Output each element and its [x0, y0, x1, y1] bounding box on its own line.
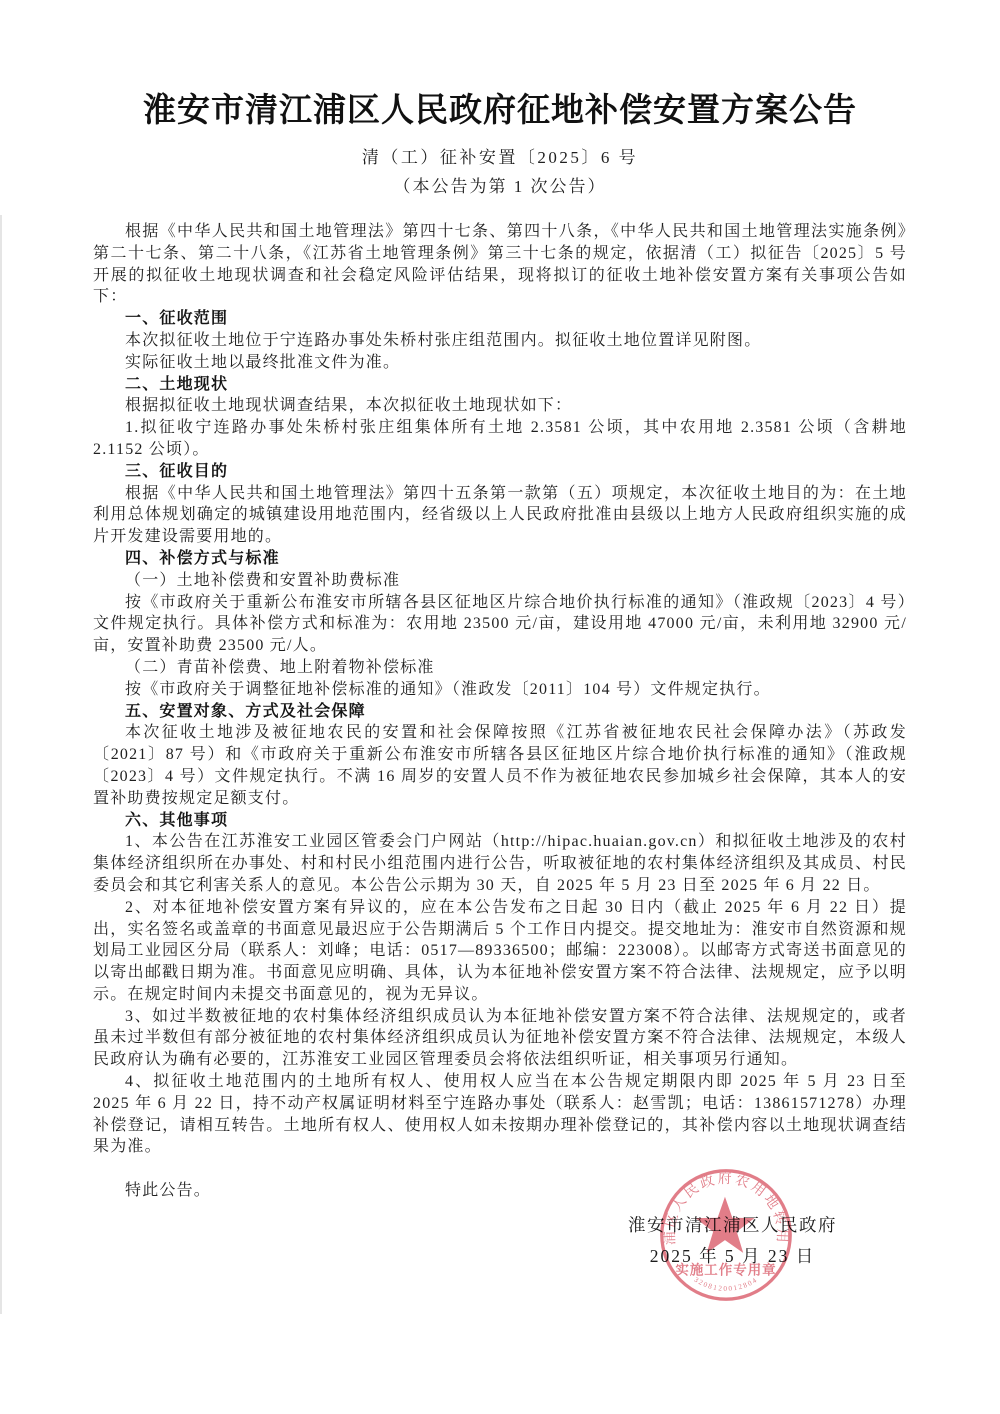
doc-number: 清（工）征补安置〔2025〕6 号 — [0, 143, 1000, 168]
body-paragraph: （一）土地补偿费和安置补助费标准 — [93, 570, 907, 592]
body-paragraph: 实际征收土地以最终批准文件为准。 — [93, 352, 907, 374]
issue-date: 2025 年 5 月 23 日 — [628, 1243, 837, 1268]
body-paragraph: （二）青苗补偿费、地上附着物补偿标准 — [93, 657, 907, 679]
announcement-count-note: （本公告为第 1 次公告） — [0, 172, 1000, 197]
body-paragraph: 根据《中华人民共和国土地管理法》第四十五条第一款第（五）项规定，本次征收土地目的… — [93, 483, 907, 548]
svg-text:3208120012804: 3208120012804 — [693, 1276, 760, 1293]
section-heading-1: 一、征收范围 — [93, 308, 907, 330]
body-paragraph: 2、对本征地补偿安置方案有异议的，应在本公告发布之日起 30 日内（截止 202… — [93, 897, 907, 1006]
body-paragraph: 按《市政府关于重新公布淮安市所辖各县区征地区片综合地价执行标准的通知》（淮政规〔… — [93, 592, 907, 657]
section-heading-5: 五、安置对象、方式及社会保障 — [93, 701, 907, 723]
stamp-serial-text: 3208120012804 — [693, 1276, 760, 1293]
body-paragraph: 1、本公告在江苏淮安工业园区管委会门户网站（http://hipac.huaia… — [93, 831, 907, 896]
document-body: 根据《中华人民共和国土地管理法》第四十七条、第四十八条，《中华人民共和国土地管理… — [93, 221, 907, 1202]
body-paragraph: 本次征收土地涉及被征地农民的安置和社会保障按照《江苏省被征地农民社会保障办法》（… — [93, 722, 907, 809]
section-heading-2: 二、土地现状 — [93, 374, 907, 396]
doc-title: 淮安市清江浦区人民政府征地补偿安置方案公告 — [0, 0, 1000, 131]
section-heading-4: 四、补偿方式与标准 — [93, 548, 907, 570]
body-paragraph: 4、拟征收土地范围内的土地所有权人、使用权人应当在本公告规定期限内即 2025 … — [93, 1071, 907, 1158]
body-paragraph: 根据拟征收土地现状调查结果，本次拟征收土地现状如下： — [93, 395, 907, 417]
announcement-document-page: 淮安市清江浦区人民政府征地补偿安置方案公告 清（工）征补安置〔2025〕6 号 … — [0, 0, 1000, 1414]
section-heading-6: 六、其他事项 — [93, 810, 907, 832]
body-paragraph: 1.拟征收宁连路办事处朱桥村张庄组集体所有土地 2.3581 公顷，其中农用地 … — [93, 417, 907, 461]
body-paragraph: 本次拟征收土地位于宁连路办事处朱桥村张庄组范围内。拟征收土地位置详见附图。 — [93, 330, 907, 352]
closing-line: 特此公告。 — [93, 1180, 907, 1202]
section-heading-3: 三、征收目的 — [93, 461, 907, 483]
issuer-name: 淮安市清江浦区人民政府 — [628, 1212, 837, 1237]
signature-block: 淮安市清江浦区人民政府 2025 年 5 月 23 日 — [628, 1212, 837, 1268]
intro-paragraph: 根据《中华人民共和国土地管理法》第四十七条、第四十八条，《中华人民共和国土地管理… — [93, 221, 907, 308]
body-paragraph: 3、如过半数被征地的农村集体经济组织成员认为本征地补偿安置方案不符合法律、法规规… — [93, 1006, 907, 1071]
body-paragraph: 按《市政府关于调整征地补偿标准的通知》（淮政发〔2011〕104 号）文件规定执… — [93, 679, 907, 701]
